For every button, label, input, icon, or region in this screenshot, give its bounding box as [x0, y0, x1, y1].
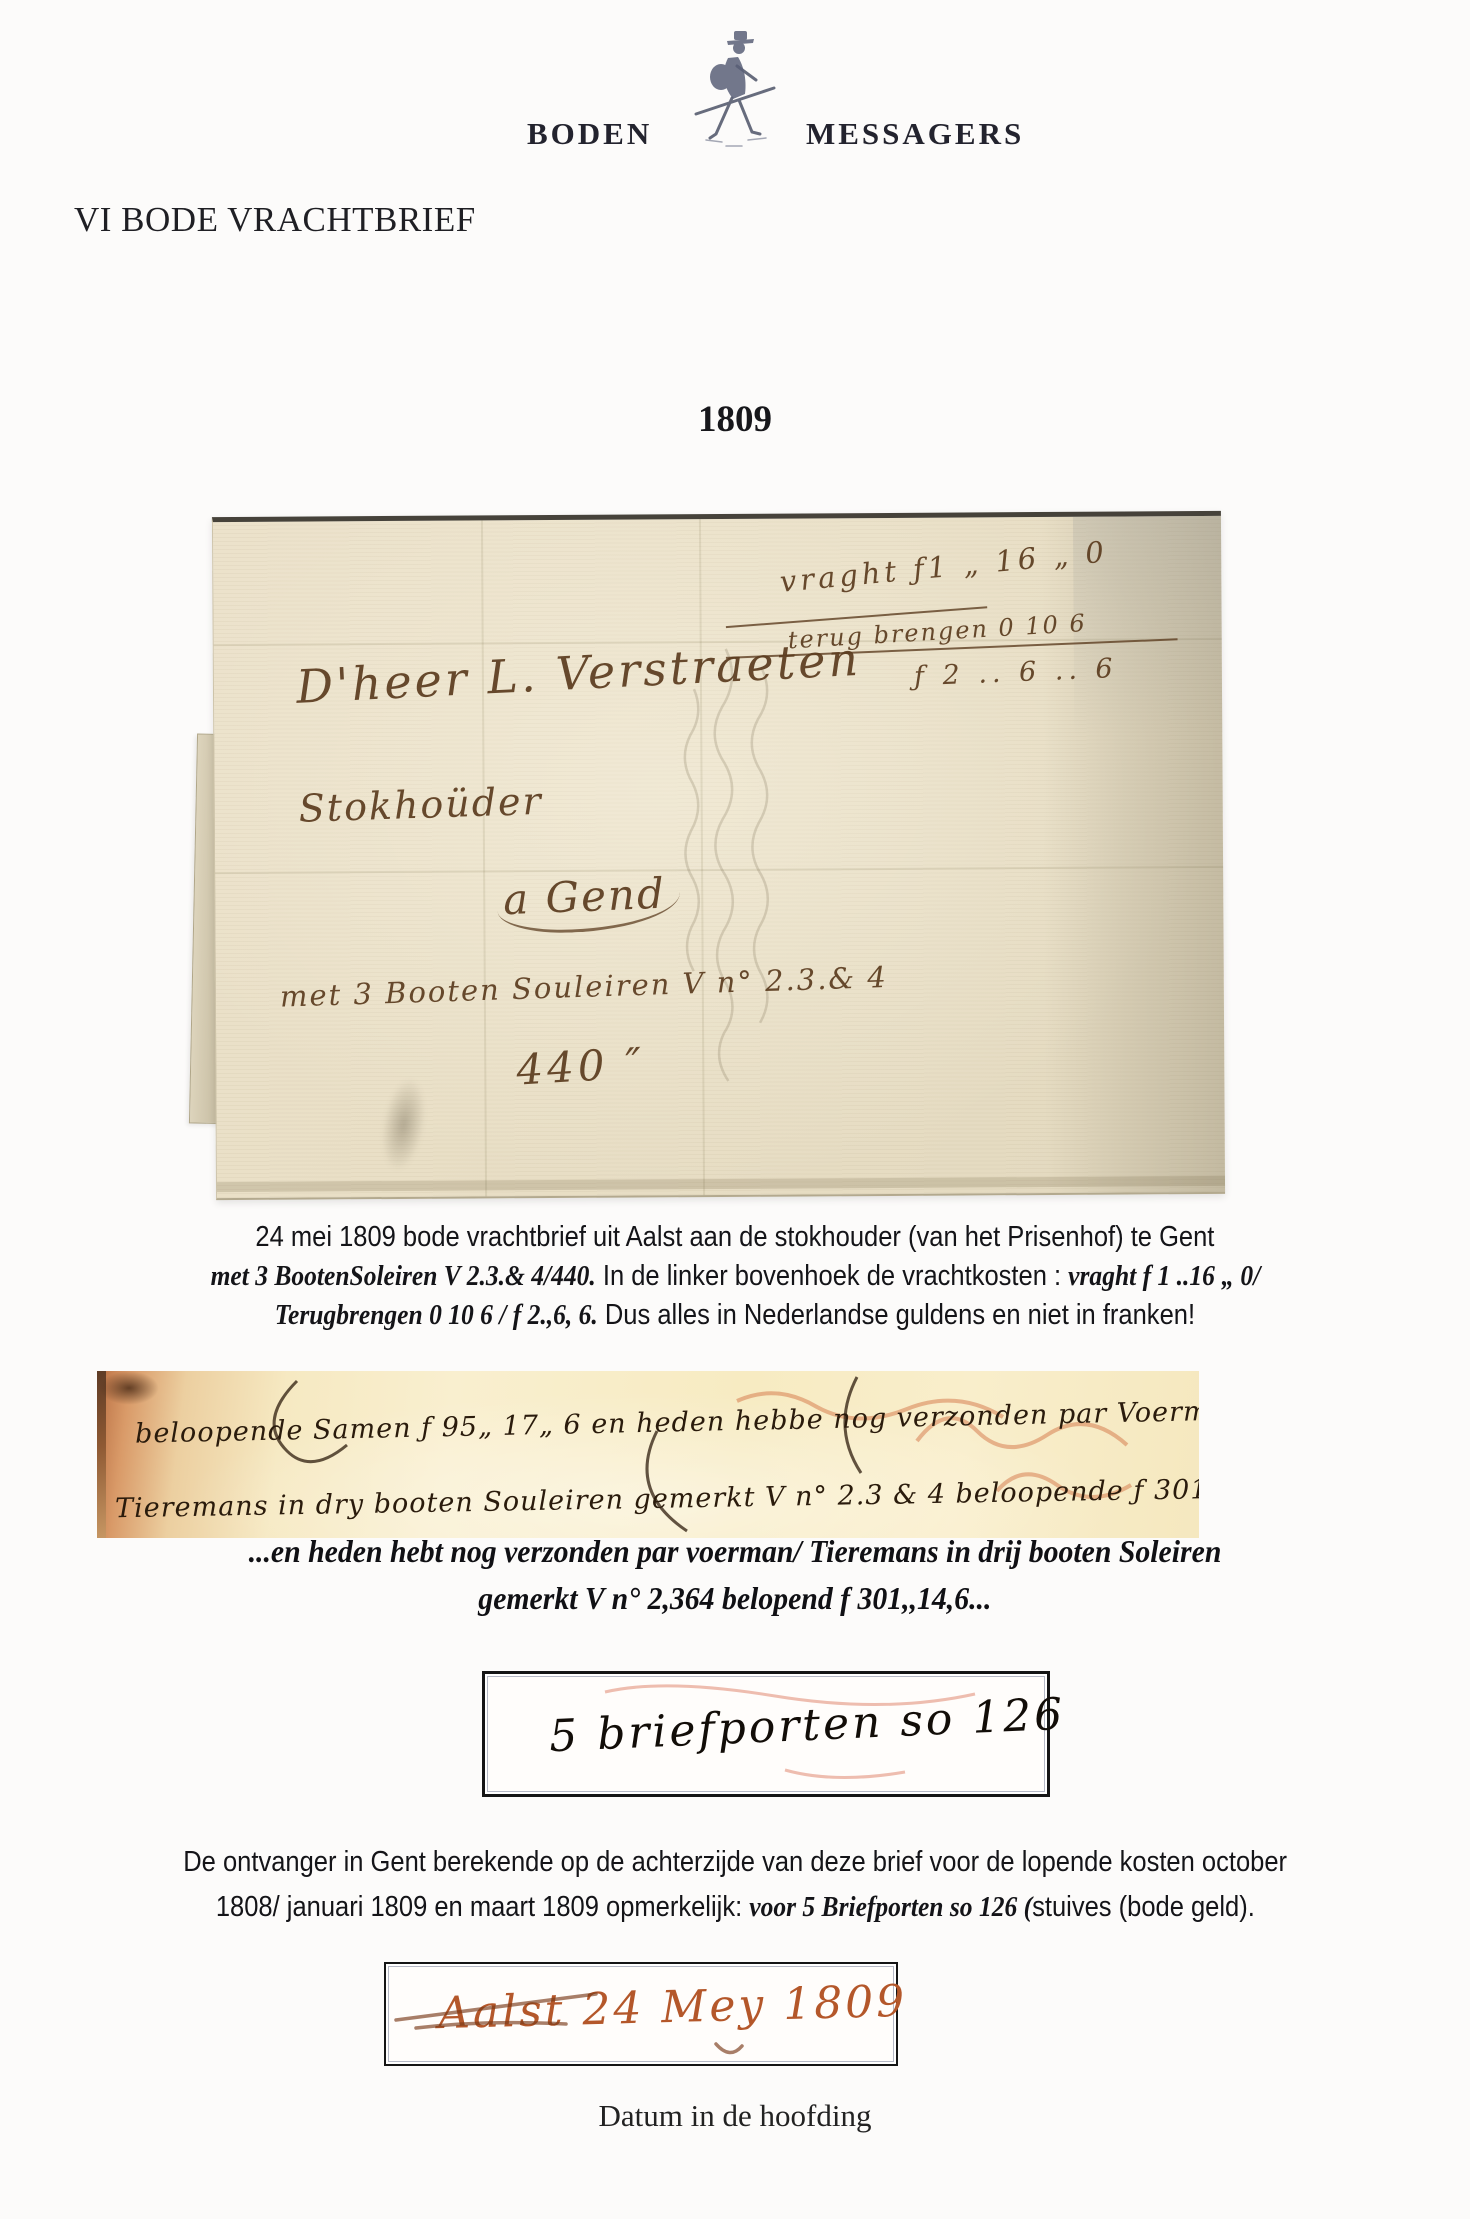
letter-caption-plain2: Dus alles in Nederlandse guldens en niet…: [598, 1299, 1195, 1331]
letter-caption-line1: 24 mei 1809 bode vrachtbrief uit Aalst a…: [255, 1218, 1214, 1257]
masthead-word-boden: BODEN: [527, 116, 652, 152]
briefporten-scan-box: 5 briefporten so 126: [482, 1671, 1050, 1797]
messenger-icon: [692, 28, 778, 150]
address-line-title: Stokhoüder: [298, 779, 543, 831]
letter-caption: 24 mei 1809 bode vrachtbrief uit Aalst a…: [0, 1218, 1470, 1335]
dateline-scan-box: Aalst 24 Mey 1809: [384, 1962, 898, 2066]
exhibit-page: BODEN MESSAGERS VI BODE VRACHTBRIEF 1809: [0, 0, 1470, 2219]
weight-note: 440 ″: [515, 1038, 647, 1094]
page-title: VI BODE VRACHTBRIEF: [74, 200, 476, 240]
year-heading: 1809: [0, 398, 1470, 441]
strip-transcription: ...en heden hebt nog verzonden par voerm…: [0, 1528, 1470, 1622]
receiver-caption-emph: voor 5 Briefporten so 126 (: [749, 1891, 1032, 1923]
masthead-word-messagers: MESSAGERS: [806, 116, 1024, 152]
letter-caption-emph2: vraght f 1 ..16 „ 0/: [1068, 1260, 1260, 1292]
receiver-caption-plain2: stuives (bode geld).: [1032, 1891, 1255, 1923]
crossing-strokes: [386, 1964, 896, 2064]
transcription-line2: gemerkt V n° 2,364 belopend f 301,,14,6.…: [478, 1575, 991, 1622]
letter-caption-emph1: met 3 BootenSoleiren V 2.3.& 4/440.: [210, 1260, 595, 1292]
receiver-caption-line1: De ontvanger in Gent berekende op de ach…: [183, 1840, 1287, 1885]
receiver-caption-plain1: 1808/ januari 1809 en maart 1809 opmerke…: [215, 1891, 748, 1923]
footer-caption: Datum in de hoofding: [0, 2098, 1470, 2134]
letter-caption-plain1: In de linker bovenhoek de vrachtkosten :: [595, 1260, 1067, 1292]
letter-scan-image: vraght ƒ1 „ 16 „ 0 terug brengen 0 10 6 …: [212, 511, 1225, 1200]
letter-caption-emph3: Terugbrengen 0 10 6 / f 2.,6, 6.: [275, 1299, 598, 1331]
ledger-strip-scan: beloopende Samen ƒ 95„ 17„ 6 en heden he…: [97, 1371, 1199, 1538]
transcription-line1: ...en heden hebt nog verzonden par voerm…: [249, 1528, 1222, 1575]
receiver-caption: De ontvanger in Gent berekende op de ach…: [0, 1840, 1470, 1930]
